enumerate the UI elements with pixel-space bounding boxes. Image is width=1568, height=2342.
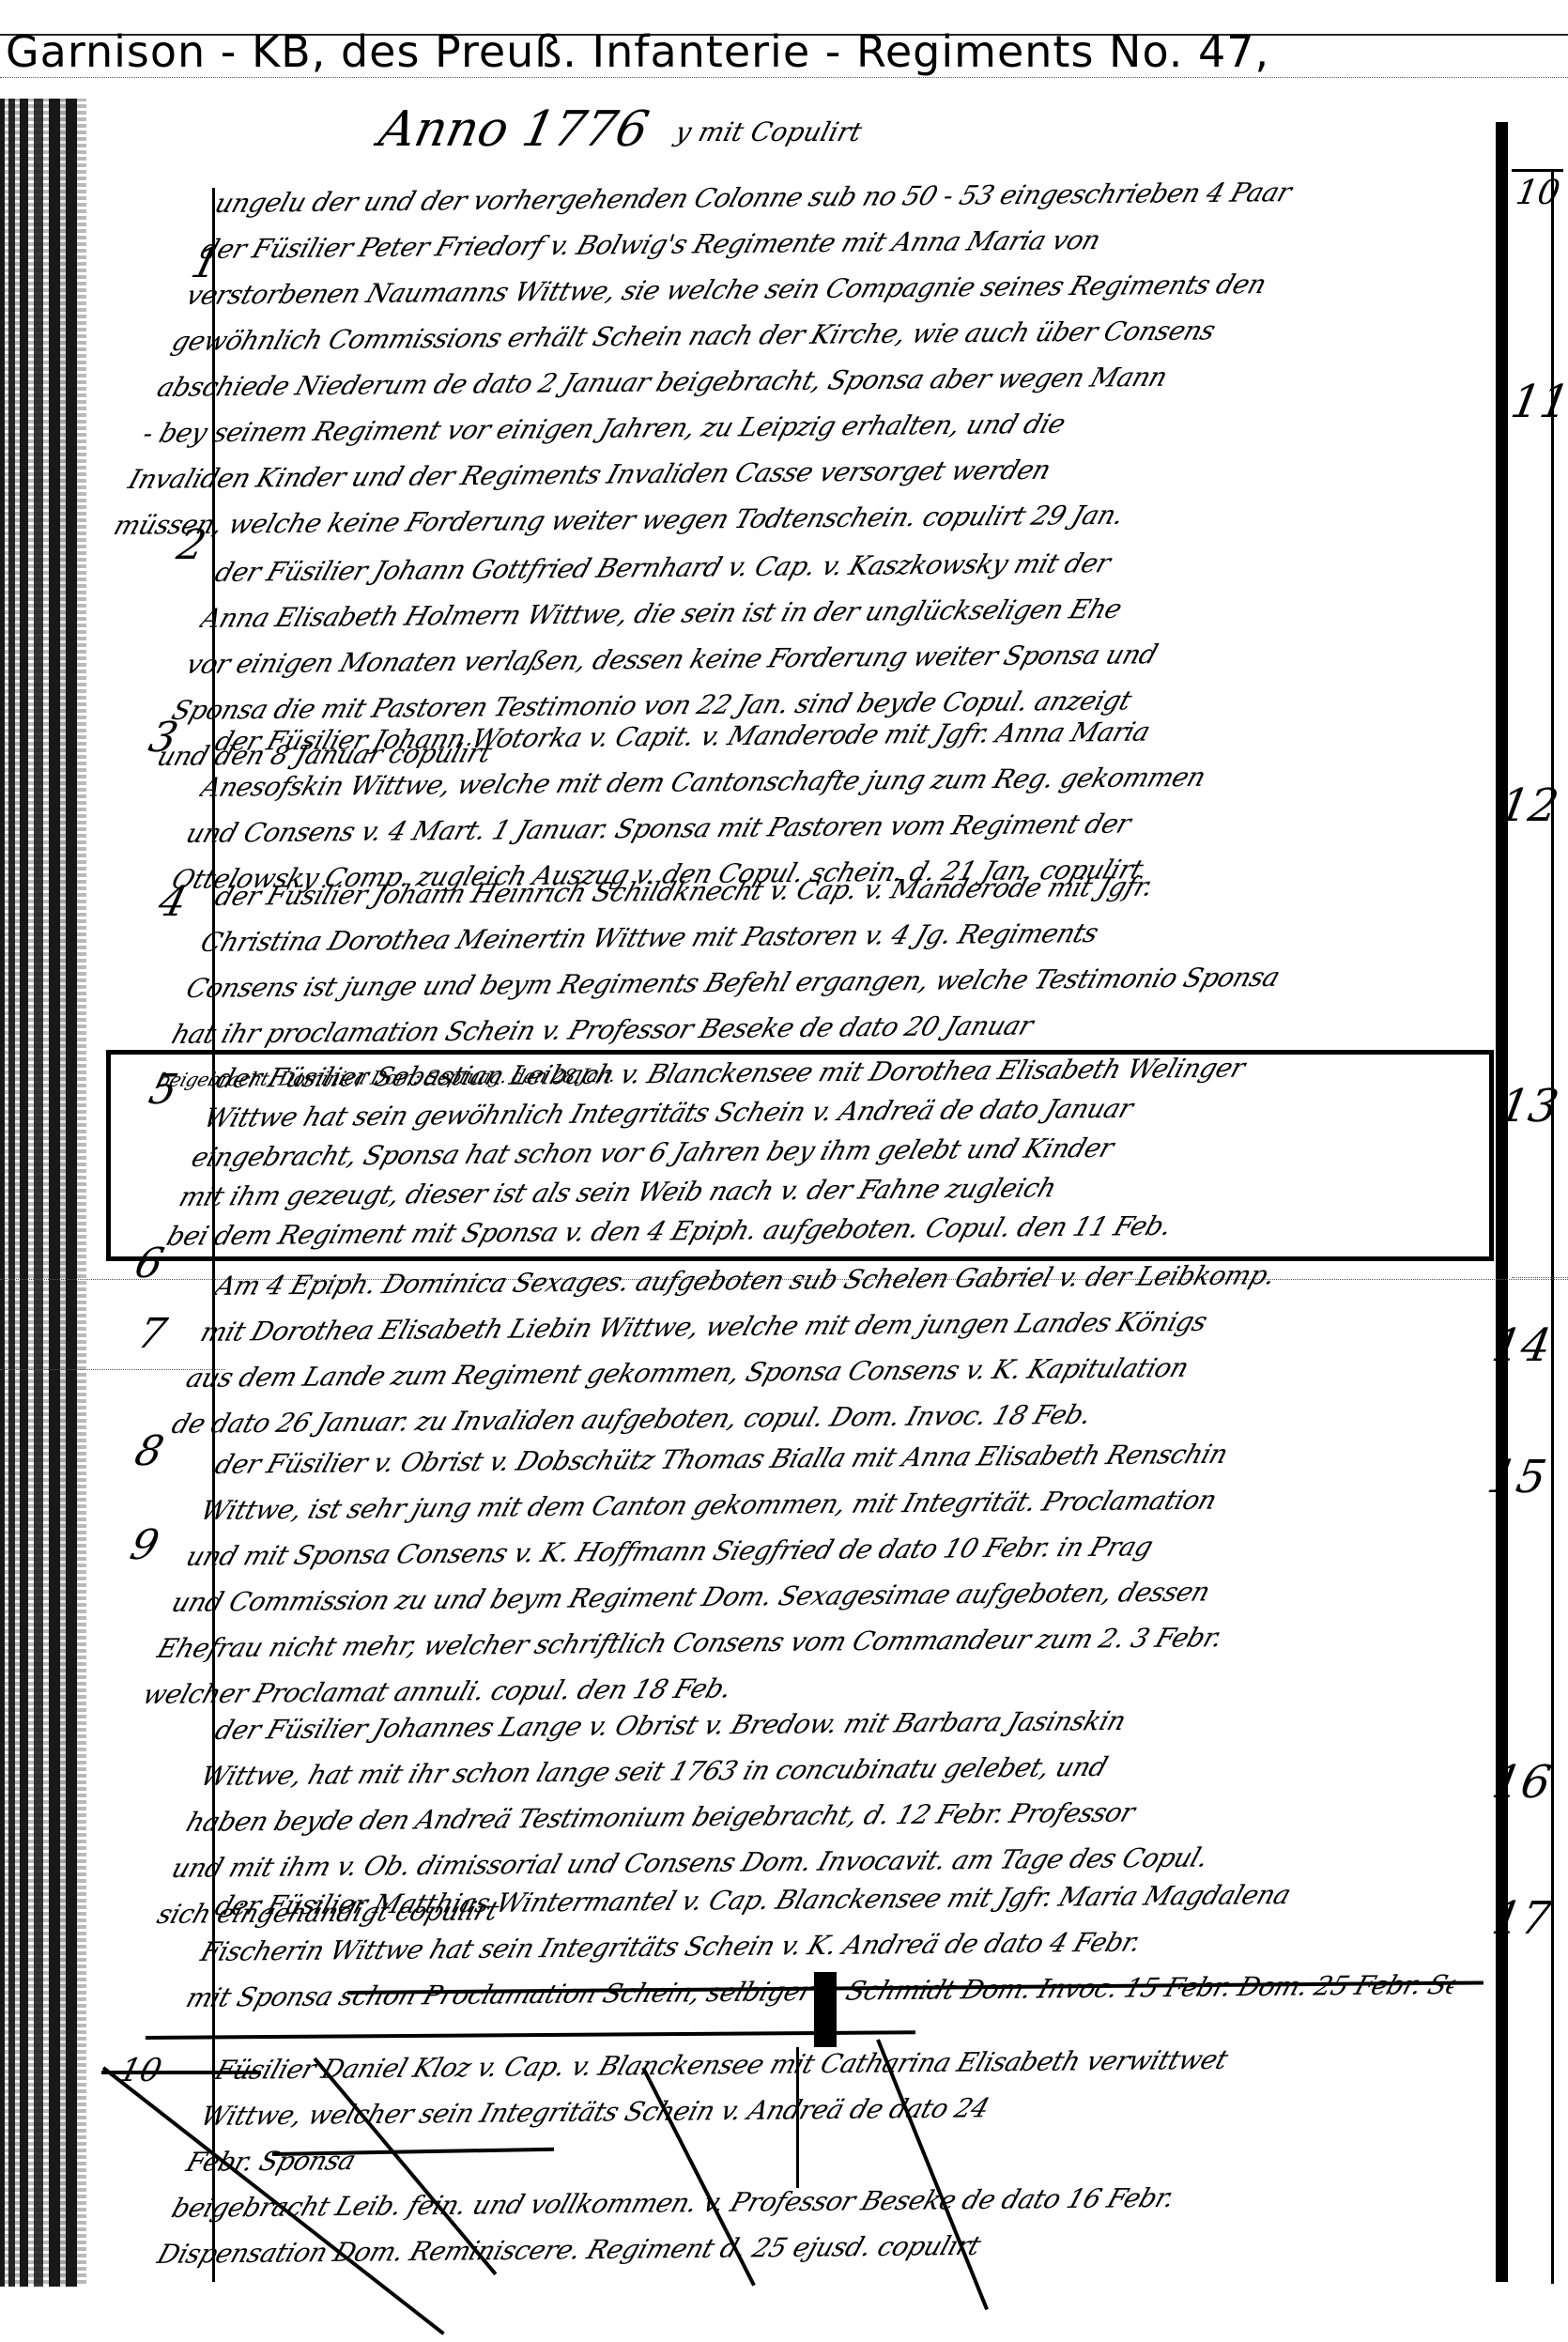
right-thick-rule (1496, 122, 1508, 2282)
margin-number: 14 (1488, 1319, 1555, 1372)
ink-blot (814, 1972, 837, 2047)
right-thin-rule (1551, 171, 1554, 2284)
strike-line (796, 2047, 799, 2188)
register-entry: ungelu der und der vorhergehenden Colonn… (108, 167, 1491, 548)
margin-number: 15 (1483, 1451, 1550, 1503)
margin-number: 16 (1488, 1756, 1555, 1809)
margin-number: 13 (1496, 1080, 1562, 1132)
margin-number: 11 (1507, 376, 1568, 428)
register-entry-highlighted: der Füsilier Sebastian Leibach v. Blanck… (161, 1046, 1476, 1256)
year-heading-note: y mit Copulirt (672, 116, 866, 147)
entry-number: 9 (126, 1521, 164, 1569)
row-divider (1512, 1277, 1568, 1278)
entry-number: 8 (131, 1427, 169, 1475)
strike-line (101, 2071, 261, 2074)
margin-number: 17 (1488, 1892, 1555, 1945)
year-heading: Anno 1776 (375, 101, 653, 158)
right-column-top-rule (1512, 169, 1563, 172)
entry-number: 7 (133, 1310, 172, 1358)
register-entry-crossed-out: Füsilier Daniel Kloz v. Cap. v. Blancken… (151, 2034, 1491, 2277)
page-title: Garnison - KB, des Preuß. Infanterie - R… (6, 26, 1269, 77)
title-underline (0, 77, 1568, 78)
register-entry: der Füsilier v. Obrist v. Dobschütz Thom… (137, 1428, 1491, 1718)
margin-number: 10 (1513, 174, 1562, 212)
strike-line (146, 2030, 915, 2040)
margin-number: 12 (1496, 779, 1562, 832)
book-binding-strip (0, 99, 86, 2287)
register-entry: Am 4 Epiph. Dominica Sexages. aufgeboten… (165, 1250, 1490, 1447)
